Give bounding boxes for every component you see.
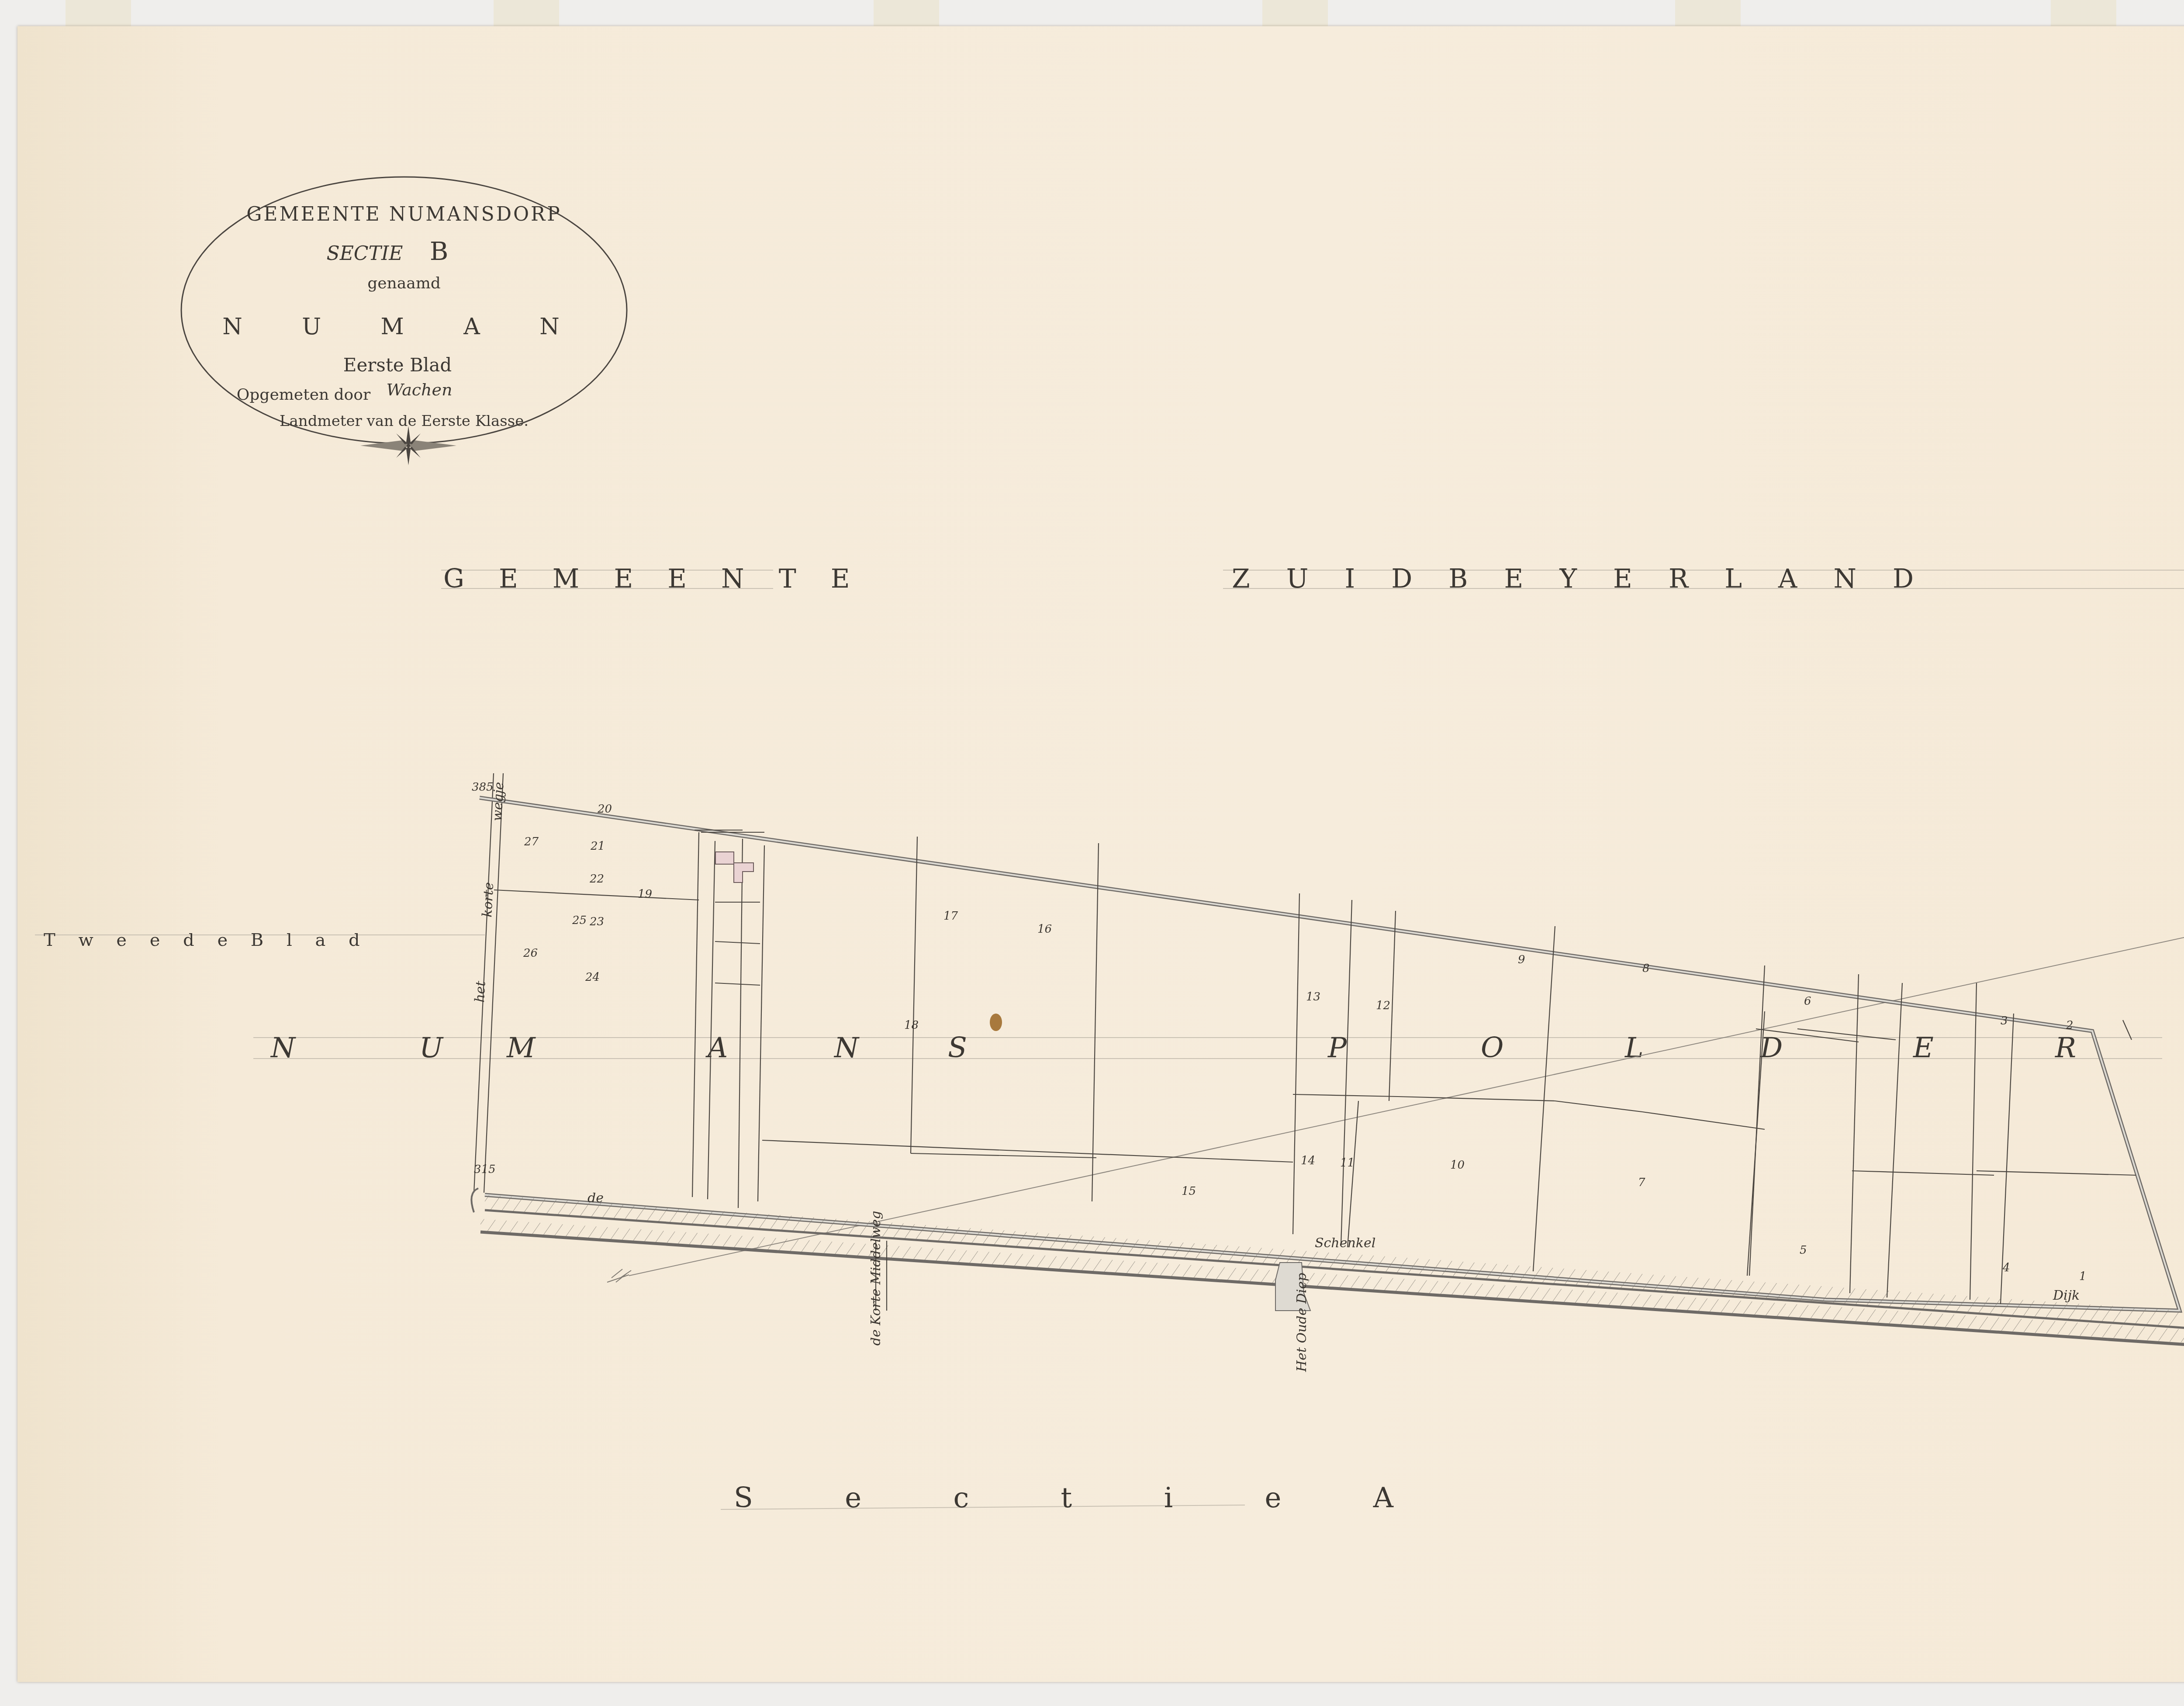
parcel-number: 17 xyxy=(943,910,958,923)
polder-letter: L xyxy=(1624,1032,1644,1064)
parcel-number: 26 xyxy=(523,947,538,960)
label-het-oude-diep: Het Oude Diep xyxy=(1294,1273,1310,1372)
building xyxy=(715,852,734,864)
polder-letter: E xyxy=(1913,1032,1934,1064)
parcel-number: 24 xyxy=(585,971,600,984)
parcel-number: 9 xyxy=(1518,953,1525,966)
parcel-number: 23 xyxy=(589,915,604,928)
parcel-number: 385 xyxy=(472,781,494,794)
compass-rose-icon xyxy=(360,426,456,465)
parcel-number: 7 xyxy=(1638,1176,1645,1189)
label-gemeente-top: G E M E E N T E xyxy=(443,564,863,594)
parcel-number: 20 xyxy=(597,803,612,816)
cartouche-numan: N U M A N xyxy=(222,314,586,340)
parcel-number: 18 xyxy=(904,1019,919,1032)
parcel-number: 21 xyxy=(590,840,605,853)
parcel-number: 315 xyxy=(474,1163,496,1176)
polder-letter: S xyxy=(948,1032,967,1064)
parcel-number: 1 xyxy=(2079,1270,2087,1283)
polder-letter: A xyxy=(705,1032,728,1064)
ink-stain xyxy=(990,1014,1002,1031)
label-dijk: Dijk xyxy=(2053,1288,2080,1303)
label-road-korte: korte xyxy=(480,882,497,917)
parcel-number: 8 xyxy=(1642,962,1650,975)
dike xyxy=(471,1188,2184,1424)
polder-letter: M xyxy=(506,1032,536,1064)
parcel-number: 14 xyxy=(1301,1154,1315,1167)
parcel-number: 15 xyxy=(1182,1185,1196,1198)
parcel-number: 4 xyxy=(2002,1261,2010,1274)
cartouche-sectie: SECTIE xyxy=(327,242,403,265)
cartouche-eerste-blad: Eerste Blad xyxy=(343,354,452,376)
polder-letter: R xyxy=(2055,1032,2076,1064)
label-tweede-blad: T w e e d e B l a d xyxy=(44,930,369,950)
building xyxy=(734,863,753,882)
label-sectie-a: S e c t i e A xyxy=(734,1482,1435,1514)
label-korte-middelweg: de Korte Middelweg xyxy=(868,1211,884,1346)
parcel-number: 27 xyxy=(524,835,539,848)
polder-letter: U xyxy=(419,1032,444,1064)
parcel-number: 13 xyxy=(1306,990,1320,1004)
parcel-number: 11 xyxy=(1340,1156,1355,1170)
cartouche-landmeter: Landmeter van de Eerste Klasse. xyxy=(280,412,529,430)
parcel-number: 19 xyxy=(638,888,652,901)
polder-name: N U M A N S P O L D E R xyxy=(253,1032,2162,1064)
label-de: de xyxy=(587,1190,604,1206)
surveyor-signature: Wachen xyxy=(386,380,452,399)
parcel-number: 25 xyxy=(572,914,587,927)
cartouche: GEMEENTE NUMANSDORP SECTIE B genaamd N U… xyxy=(181,177,627,465)
cartouche-sectie-letter: B xyxy=(430,236,449,266)
label-schenkel: Schenkel xyxy=(1315,1235,1375,1251)
polder-letter: P xyxy=(1327,1032,1347,1064)
label-zuid-beyerland: Z U I D B E Y E R L A N D xyxy=(1232,564,1928,594)
parcel-lines xyxy=(494,830,2136,1304)
cartouche-title: GEMEENTE NUMANSDORP xyxy=(246,203,562,225)
parcel-number: 6 xyxy=(1804,995,1811,1008)
parcel-number: 5 xyxy=(1800,1244,1807,1257)
parcel-number: 12 xyxy=(1376,999,1390,1012)
parcel-number: 10 xyxy=(1450,1159,1465,1172)
cadastral-map: GEMEENTE NUMANSDORP SECTIE B genaamd N U… xyxy=(0,0,2184,1706)
polder-letter: N xyxy=(270,1032,296,1064)
parcel-number: 16 xyxy=(1037,923,1052,936)
parcel-number: 2 xyxy=(2066,1019,2073,1032)
polder-letter: O xyxy=(1481,1032,1503,1064)
parcel-number: 3 xyxy=(2001,1014,2008,1028)
parcel-number: 22 xyxy=(589,872,604,886)
cartouche-genaamd: genaamd xyxy=(367,274,441,292)
cartouche-opgemeten: Opgemeten door xyxy=(237,386,371,404)
label-road-het: het xyxy=(472,980,489,1003)
polder-letter: N xyxy=(833,1032,860,1064)
